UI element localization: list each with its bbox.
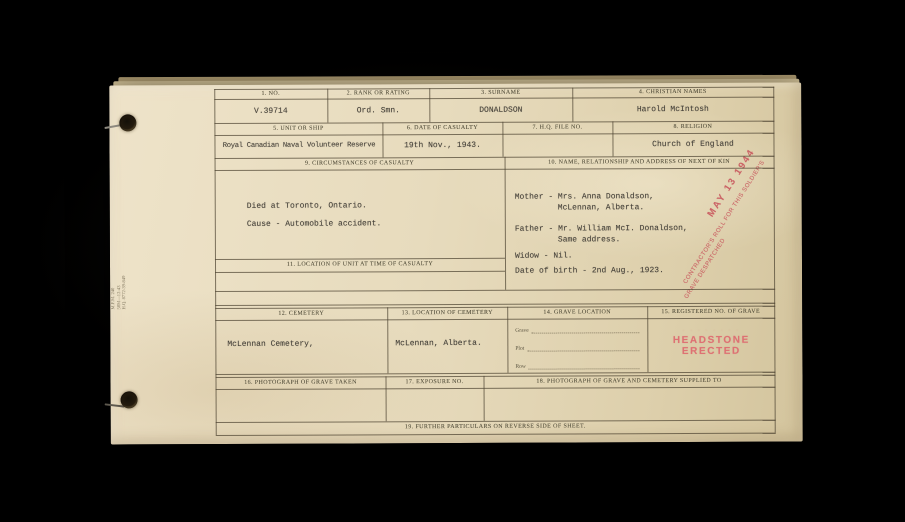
circumstances-line2: Cause - Automobile accident. [247,218,381,230]
field-christian-names-value: Harold McIntosh [572,104,773,116]
field-religion-label: 8. RELIGION [612,122,773,134]
plot-field-line [527,349,639,351]
row-field-label: Row [515,364,525,370]
headstone-stamp-line2: ERECTED [651,346,771,358]
row-field-line [529,367,640,369]
field-date-of-casualty-label: 6. DATE OF CASUALTY [382,123,502,135]
grave-field: Grave [515,325,639,334]
nok-line4: Same address. [558,234,620,245]
field-rank-value: Ord. Smn. [327,105,429,116]
field-surname-value: DONALDSON [429,104,572,116]
field-unit-value: Royal Canadian Naval Volunteer Reserve [215,140,382,152]
nok-line5: Widow - Nil. [515,250,573,261]
field-location-of-unit-label: 11. LOCATION OF UNIT AT TIME OF CASUALTY [215,259,505,271]
rule [215,271,505,273]
plot-field-label: Plot [515,346,524,352]
photo-scene: M.F.M. 240 50M—12-43 H.Q. 8772-39-849 MA… [0,0,905,522]
field-photo-taken-label: 16. PHOTOGRAPH OF GRAVE TAKEN [215,377,385,389]
field-exposure-no-label: 17. EXPOSURE NO. [385,377,483,388]
field-religion-value: Church of England [612,139,773,151]
field-cemetery-location-value: McLennan, Alberta. [395,338,481,349]
field-cemetery-location-label: 13. LOCATION OF CEMETERY [387,308,507,320]
punch-hole-bottom [121,391,138,408]
field-christian-names-label: 4. CHRISTIAN NAMES [572,87,773,99]
rule [505,157,507,290]
edge-print: M.F.M. 240 50M—12-43 H.Q. 8772-39-849 [110,199,128,309]
headstone-stamp-line1: HEADSTONE [651,335,771,347]
row-field: Row [515,361,639,370]
field-next-of-kin-label: 10. NAME, RELATIONSHIP AND ADDRESS OF NE… [505,157,774,169]
edge-print-line3: H.Q. 8772-39-849 [121,199,127,309]
field-photo-supplied-label: 18. PHOTOGRAPH OF GRAVE AND CEMETERY SUP… [483,376,774,388]
field-grave-location-label: 14. GRAVE LOCATION [507,307,647,319]
field-rank-label: 2. RANK OR RATING [327,88,429,99]
field-cemetery-label: 12. CEMETERY [215,308,387,320]
headstone-stamp-faint-line: · · · · · · · · [651,327,771,336]
field-no-value: V.39714 [214,106,327,117]
grave-field-label: Grave [515,328,528,334]
headstone-stamp: · · · · · · · · HEADSTONE ERECTED [651,327,771,358]
field-no-label: 1. NO. [214,89,327,100]
rule [215,289,775,293]
nok-line3: Father - Mr. William McI. Donaldson, [515,223,688,235]
field-unit-label: 5. UNIT OR SHIP [214,123,382,135]
grave-field-line [532,331,640,333]
nok-line1: Mother - Mrs. Anna Donaldson, [515,191,654,203]
punch-hole-top [119,114,136,131]
field-surname-label: 3. SURNAME [429,87,572,99]
field-cemetery-value: McLennan Cemetery, [227,339,313,350]
field-circumstances-label: 9. CIRCUMSTANCES OF CASUALTY [215,158,505,170]
plot-field: Plot [515,343,639,352]
casualty-card: M.F.M. 240 50M—12-43 H.Q. 8772-39-849 MA… [109,82,803,444]
nok-line2: McLennan, Alberta. [558,202,644,213]
field-date-of-casualty-value: 19th Nov., 1943. [382,140,502,152]
form-table: 1. NO. 2. RANK OR RATING 3. SURNAME 4. C… [214,87,776,436]
nok-line6: Date of birth - 2nd Aug., 1923. [515,265,664,277]
circumstances-line1: Died at Toronto, Ontario. [247,200,367,212]
field-hq-file-no-label: 7. H.Q. FILE NO. [502,122,612,133]
field-registered-grave-no-label: 15. REGISTERED NO. OF GRAVE [647,307,774,319]
